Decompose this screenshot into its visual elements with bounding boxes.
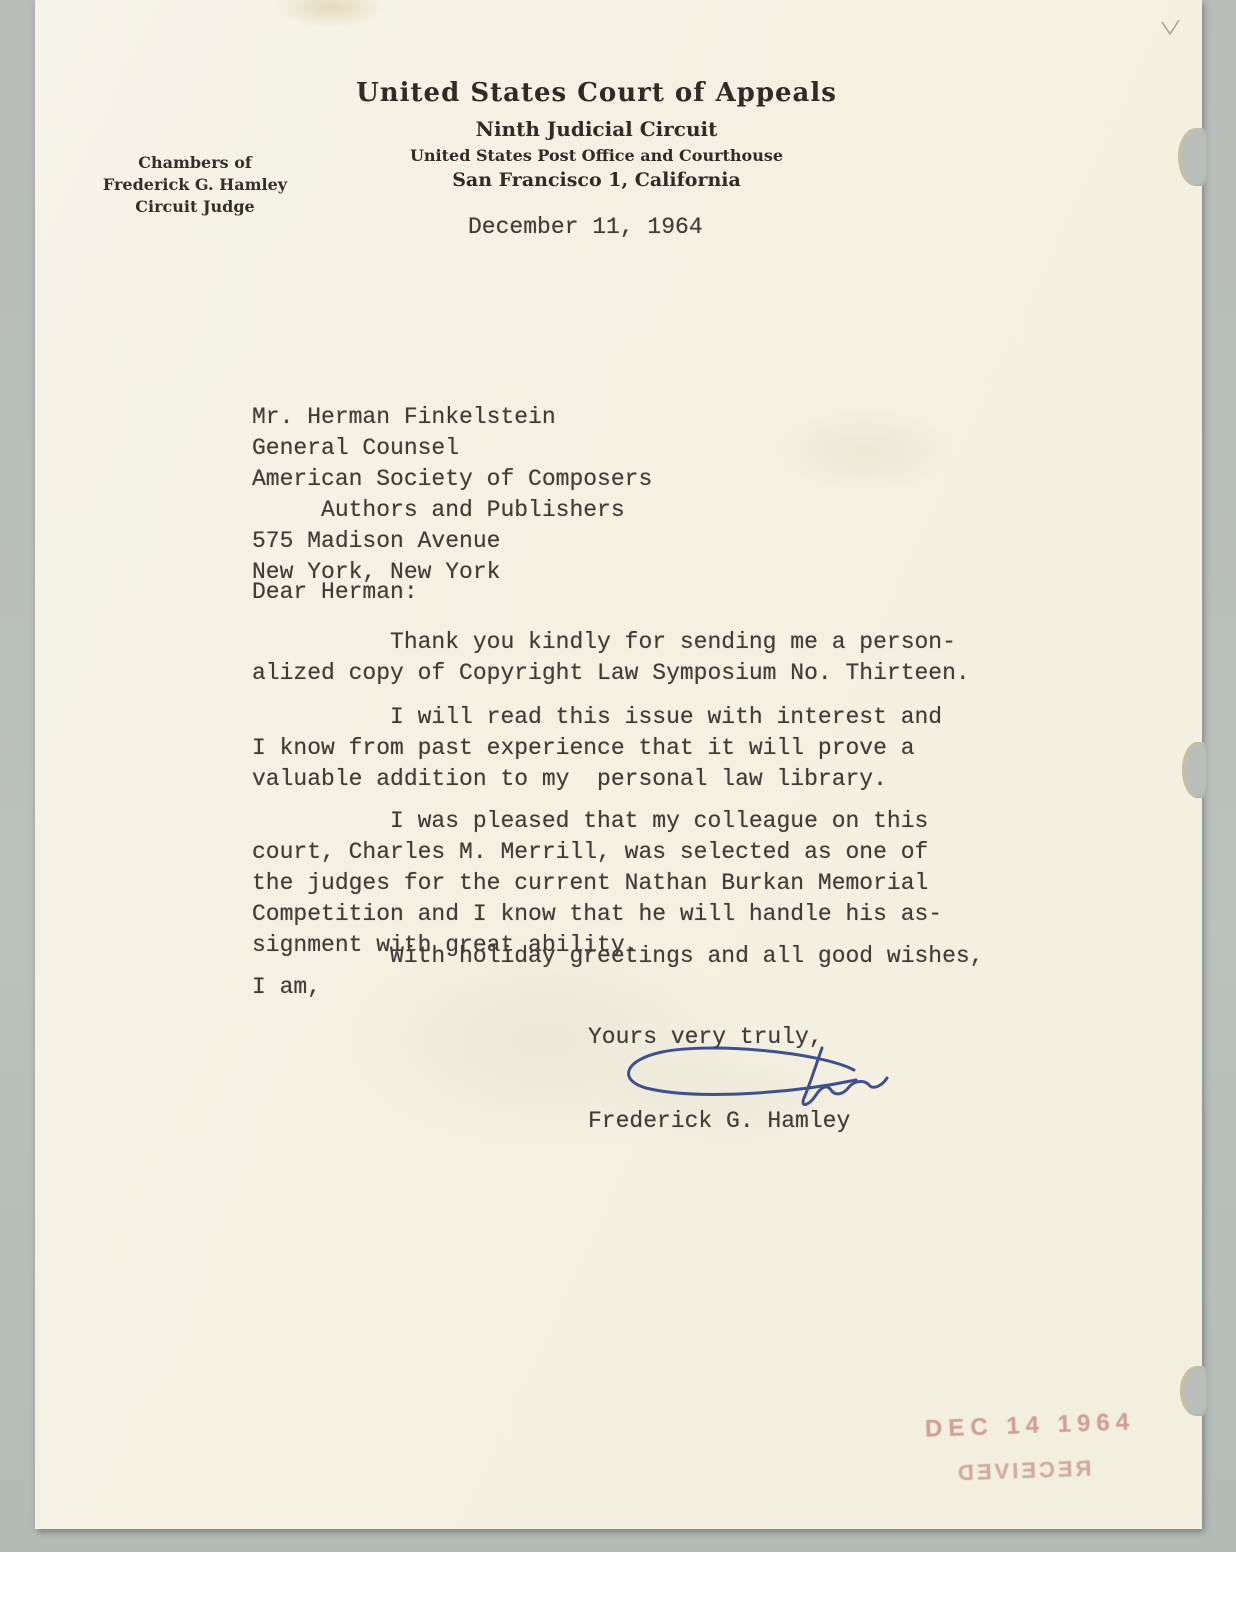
letter-page: United States Court of Appeals Ninth Jud… — [35, 0, 1202, 1529]
received-stamp-date: DEC 14 1964 — [925, 1408, 1136, 1443]
received-stamp-text: RECEIVED — [955, 1456, 1092, 1487]
letterhead-circuit: Ninth Judicial Circuit — [13, 117, 1180, 141]
body-paragraph-2: I will read this issue with interest and… — [252, 702, 942, 795]
signatory-name: Frederick G. Hamley — [588, 1106, 850, 1137]
recipient-address: Mr. Herman Finkelstein General Counsel A… — [252, 402, 652, 588]
pencil-checkmark — [1157, 14, 1183, 40]
salutation: Dear Herman: — [252, 577, 418, 608]
ink-bleed-smudge — [775, 410, 955, 490]
letterhead-court-name: United States Court of Appeals — [13, 78, 1180, 108]
chambers-block: Chambers of Frederick G. Hamley Circuit … — [80, 152, 310, 218]
letter-date: December 11, 1964 — [468, 212, 703, 243]
body-paragraph-1: Thank you kindly for sending me a person… — [252, 627, 970, 689]
scanner-background: United States Court of Appeals Ninth Jud… — [0, 0, 1236, 1552]
body-paragraph-4: With holiday greetings and all good wish… — [252, 941, 984, 1003]
paper-tear — [1182, 742, 1208, 798]
paper-tear — [1178, 128, 1208, 186]
body-paragraph-3: I was pleased that my colleague on this … — [252, 806, 942, 961]
paper-tear — [1180, 1366, 1208, 1416]
paper-stain — [275, 0, 385, 28]
